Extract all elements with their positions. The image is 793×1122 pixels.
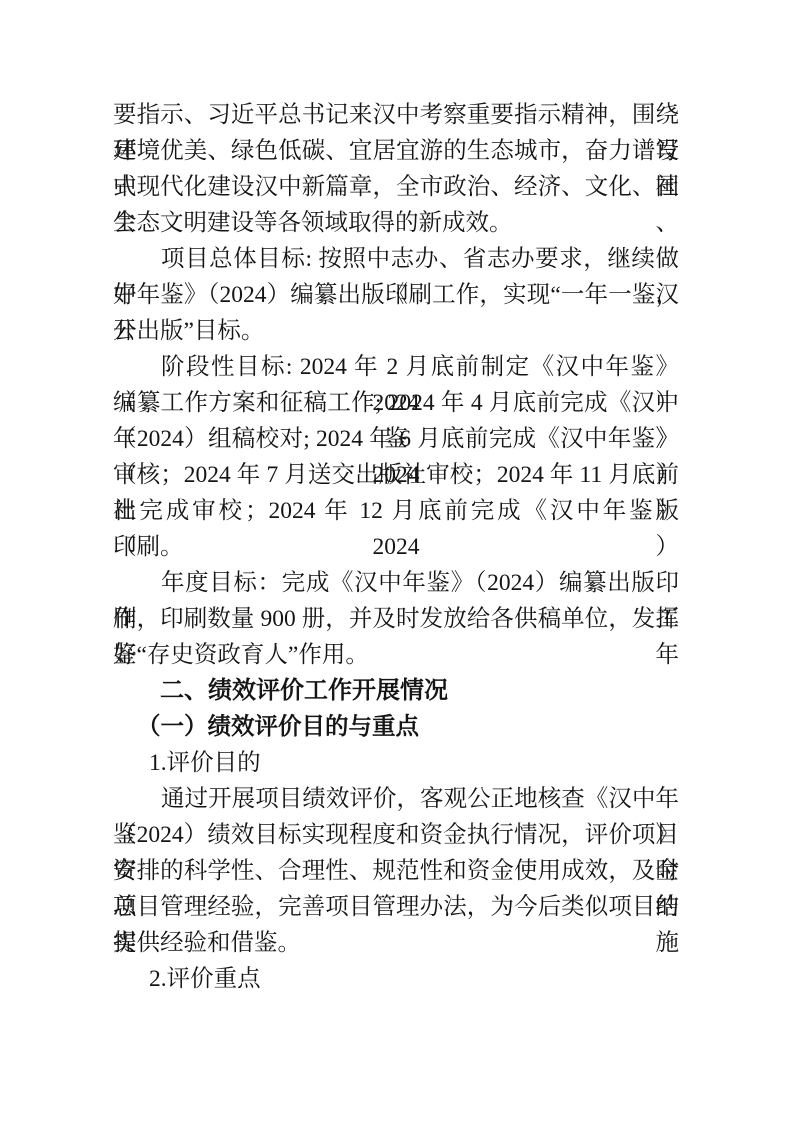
heading-line: 二、绩效评价工作开展情况 — [113, 673, 679, 709]
text-line: 社完成审校；2024 年 12 月底前完成《汉中年鉴》（2024） — [113, 493, 679, 529]
text-block: 要指示、习近平总书记来汉中考察重要指示精神，围绕建设环境优美、绿色低碳、宜居宜游… — [113, 97, 679, 997]
document-page: 要指示、习近平总书记来汉中考察重要指示精神，围绕建设环境优美、绿色低碳、宜居宜游… — [0, 0, 793, 1122]
text-line: 安排的科学性、合理性、规范性和资金使用成效，及时总结 — [113, 853, 679, 889]
text-line: （2024）组稿校对; 2024 年 6 月底前完成《汉中年鉴》（2024） — [113, 421, 679, 457]
text-line: 年度目标：完成《汉中年鉴》（2024）编纂出版印刷工 — [113, 565, 679, 601]
text-line: 中年鉴》（2024）编纂出版印刷工作，实现“一年一鉴，公 — [113, 277, 679, 313]
text-line: （2024）绩效目标实现程度和资金执行情况，评价项目资金 — [113, 817, 679, 853]
text-line: 编纂工作方案和征稿工作; 2024 年 4 月底前完成《汉中年鉴》 — [113, 385, 679, 421]
text-line: 开出版”目标。 — [113, 313, 679, 349]
text-line: 通过开展项目绩效评价，客观公正地核查《汉中年鉴》 — [113, 781, 679, 817]
text-line: 环境优美、绿色低碳、宜居宜游的生态城市，奋力谱写中国 — [113, 133, 679, 169]
text-line: 要指示、习近平总书记来汉中考察重要指示精神，围绕建设 — [113, 97, 679, 133]
heading-line: 2.评价重点 — [113, 961, 679, 997]
text-line: 项目总体目标: 按照中志办、省志办要求，继续做好《汉 — [113, 241, 679, 277]
text-line: 阶段性目标: 2024 年 2 月底前制定《汉中年鉴》（2024） — [113, 349, 679, 385]
text-line: 审核；2024 年 7 月送交出版社审校；2024 年 11 月底前出版 — [113, 457, 679, 493]
heading-line: （一）绩效评价目的与重点 — [113, 709, 679, 745]
text-line: 作，印刷数量 900 册，并及时发放给各供稿单位，发挥好年 — [113, 601, 679, 637]
heading-line: 1.评价目的 — [113, 745, 679, 781]
text-line: 项目管理经验，完善项目管理办法，为今后类似项目的实施 — [113, 889, 679, 925]
text-line: 式现代化建设汉中新篇章，全市政治、经济、文化、社会、 — [113, 169, 679, 205]
